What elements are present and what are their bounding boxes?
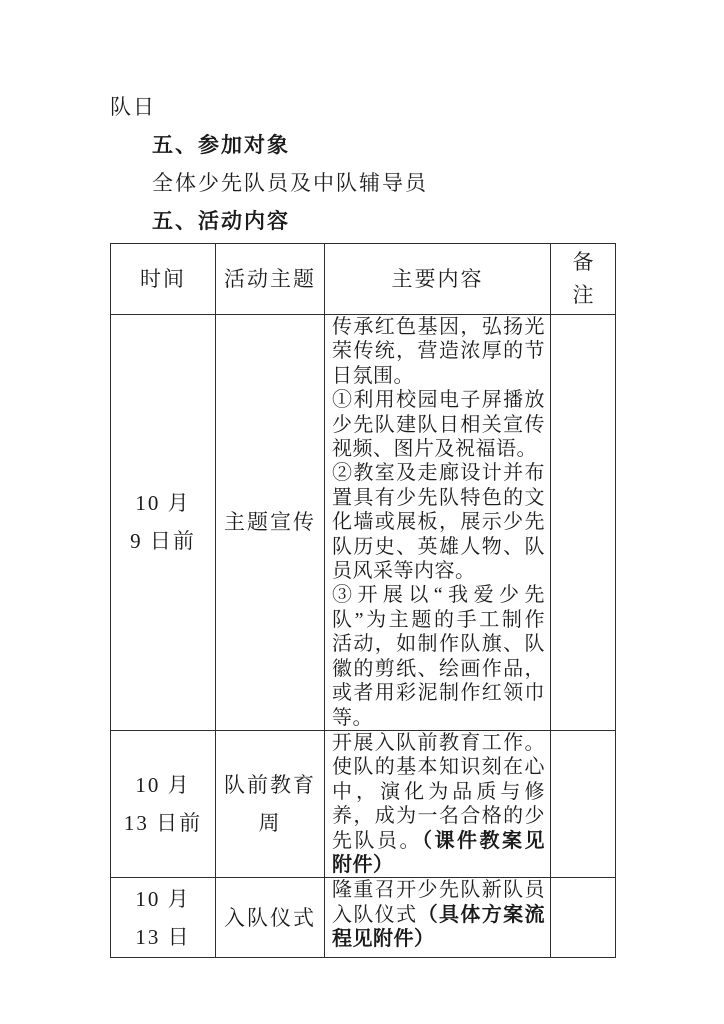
participants-text: 全体少先队员及中队辅导员 (110, 164, 724, 202)
content-paragraph: ③开展以“我爱少先队”为主题的手工制作活动，如制作队旗、队徽的剪纸、绘画作品，或… (325, 583, 550, 729)
table-header-row: 时间 活动主题 主要内容 备注 (111, 244, 616, 315)
main-content-cell: 开展入队前教育工作。使队的基本知识刻在心中，演化为品质与修养，成为一名合格的少先… (325, 730, 551, 877)
content-segment: ①利用校园电子屏播放少先队建队日相关宣传视频、图片及祝福语。 (332, 389, 545, 460)
content-paragraph: 传承红色基因，弘扬光荣传统，营造浓厚的节日氛围。 (325, 315, 550, 388)
table-row-theme-promotion: 10 月 9 日前 主题宣传 传承红色基因，弘扬光荣传统，营造浓厚的节日氛围。①… (111, 315, 616, 731)
time-cell: 10 月 13 日 (111, 878, 216, 958)
table-row-pre-admission-education: 10 月 13 日前 队前教育 周 开展入队前教育工作。使队的基本知识刻在心中，… (111, 730, 616, 877)
theme-line: 入队仪式 (216, 899, 324, 937)
content-segment: 传承红色基因，弘扬光荣传统，营造浓厚的节日氛围。 (332, 316, 545, 387)
content-paragraph: ②教室及走廊设计并布置具有少先队特色的文化墙或展板，展示少先队历史、英雄人物、队… (325, 461, 550, 583)
time-cell: 10 月 9 日前 (111, 315, 216, 731)
content-paragraph: 开展入队前教育工作。使队的基本知识刻在心中，演化为品质与修养，成为一名合格的少先… (325, 731, 550, 877)
time-line: 10 月 (111, 484, 215, 522)
content-segment: ③开展以“我爱少先队”为主题的手工制作活动，如制作队旗、队徽的剪纸、绘画作品，或… (332, 584, 545, 728)
table-row-admission-ceremony: 10 月 13 日 入队仪式 隆重召开少先队新队员入队仪式（具体方案流程见附件） (111, 878, 616, 958)
header-cell-time: 时间 (111, 244, 216, 315)
time-line: 9 日前 (111, 522, 215, 560)
time-line: 10 月 (111, 880, 215, 918)
remark-cell (551, 730, 616, 877)
theme-line: 队前教育 (216, 766, 324, 804)
theme-line: 主题宣传 (216, 503, 324, 541)
theme-cell: 入队仪式 (216, 878, 325, 958)
document-page: 队日 五、参加对象 全体少先队员及中队辅导员 五、活动内容 时间 活动主题 主要… (0, 0, 724, 1024)
remark-cell (551, 315, 616, 731)
header-cell-theme: 活动主题 (216, 244, 325, 315)
theme-cell: 队前教育 周 (216, 730, 325, 877)
time-line: 13 日 (111, 918, 215, 956)
header-cell-remark: 备注 (551, 244, 616, 315)
heading-activity-content: 五、活动内容 (110, 202, 724, 240)
time-line: 13 日前 (111, 804, 215, 842)
theme-cell: 主题宣传 (216, 315, 325, 731)
intro-line-duiri: 队日 (110, 88, 724, 126)
header-cell-main-content: 主要内容 (325, 244, 551, 315)
theme-line: 周 (216, 804, 324, 842)
main-content-cell: 隆重召开少先队新队员入队仪式（具体方案流程见附件） (325, 878, 551, 958)
content-segment: ②教室及走廊设计并布置具有少先队特色的文化墙或展板，展示少先队历史、英雄人物、队… (332, 462, 545, 582)
remark-cell (551, 878, 616, 958)
content-paragraph: 隆重召开少先队新队员入队仪式（具体方案流程见附件） (325, 878, 550, 951)
heading-participants: 五、参加对象 (110, 126, 724, 164)
main-content-cell: 传承红色基因，弘扬光荣传统，营造浓厚的节日氛围。①利用校园电子屏播放少先队建队日… (325, 315, 551, 731)
content-paragraph: ①利用校园电子屏播放少先队建队日相关宣传视频、图片及祝福语。 (325, 388, 550, 461)
time-line: 10 月 (111, 766, 215, 804)
activity-schedule-table: 时间 活动主题 主要内容 备注 10 月 9 日前 主题宣传 传承红色基因，弘扬… (110, 243, 616, 958)
header-remark-label: 备注 (571, 246, 594, 312)
intro-section: 队日 五、参加对象 全体少先队员及中队辅导员 五、活动内容 (0, 0, 724, 240)
time-cell: 10 月 13 日前 (111, 730, 216, 877)
